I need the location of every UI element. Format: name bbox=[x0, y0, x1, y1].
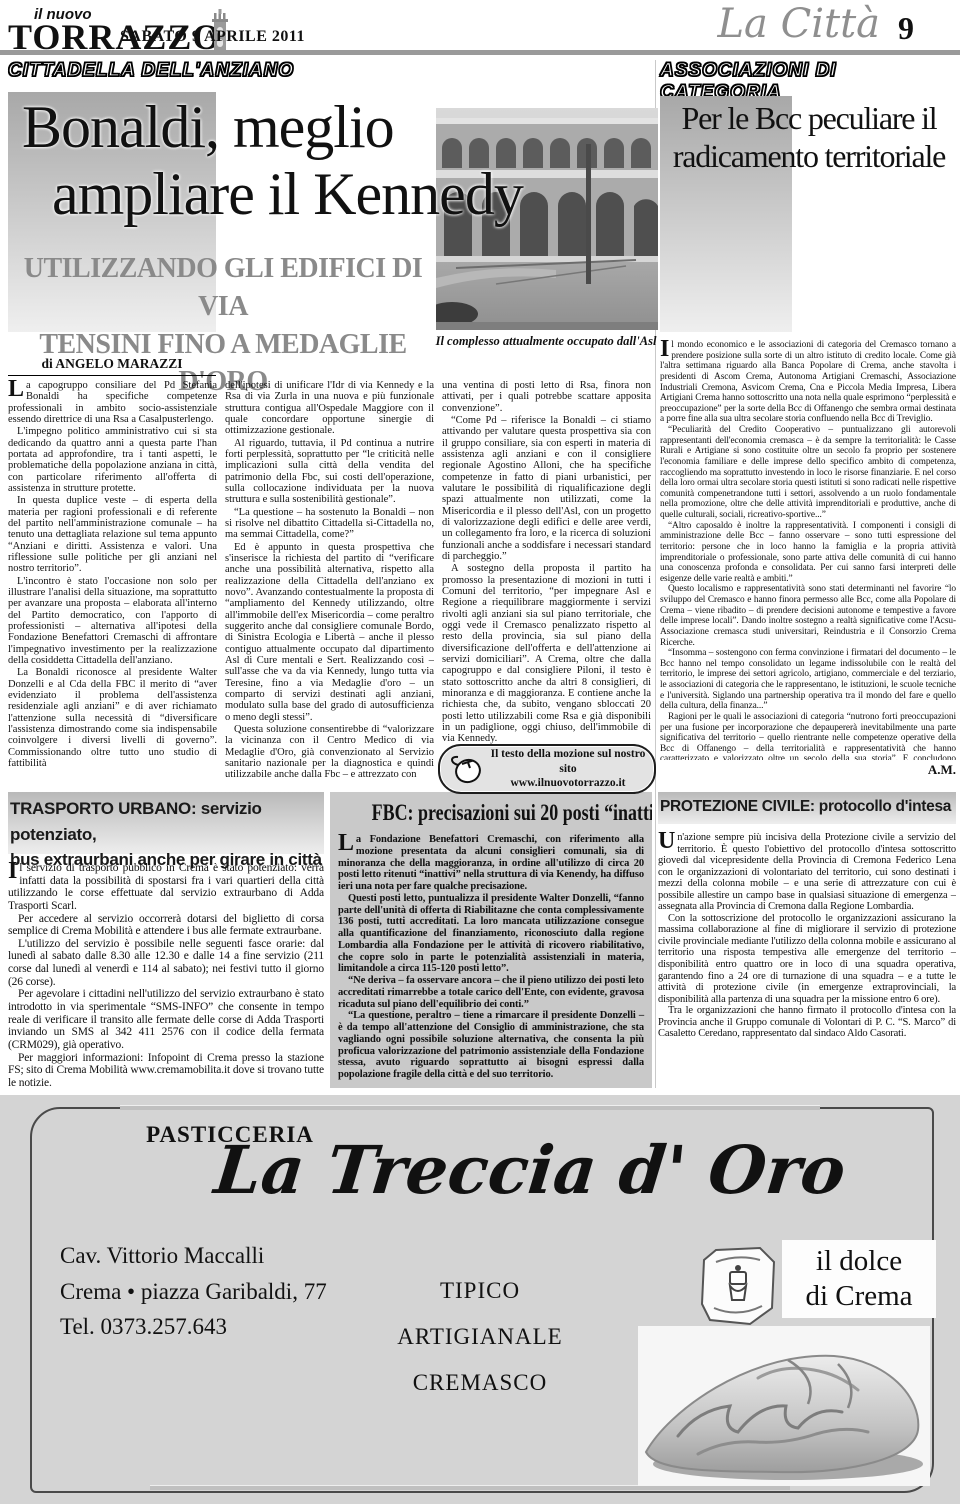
paragraph: “Insomma – sostengono con ferma convinzi… bbox=[660, 648, 956, 712]
paragraph: La capogruppo consiliare del Pd Stefania… bbox=[8, 380, 217, 425]
mozione-box: Il testo della mozione sul nostro sito w… bbox=[438, 744, 656, 794]
kicker-cittadella: CITTADELLA DELL'ANZIANO bbox=[8, 60, 294, 82]
ad-tagline-line: ARTIGIANALE bbox=[330, 1324, 630, 1350]
ad-contact: Cav. Vittorio Maccalli Crema • piazza Ga… bbox=[60, 1238, 327, 1345]
dolce-di-crema-badge-icon bbox=[700, 1246, 776, 1326]
bcc-headline-line2: radicamento territoriale bbox=[662, 138, 956, 176]
bcc-headline-line1: Per le Bcc peculiare il bbox=[662, 100, 956, 138]
main-subhead: UTILIZZANDO GLI EDIFICI DI VIA TENSINI F… bbox=[8, 250, 438, 401]
fbc-body: La Fondazione Benefattori Cremaschi, con… bbox=[338, 834, 644, 1081]
paragraph: L'impegno politico amministrativo cui si… bbox=[8, 426, 217, 494]
ad-tagline-line: CREMASCO bbox=[330, 1370, 630, 1396]
ad-contact-address: Crema • piazza Garibaldi, 77 bbox=[60, 1274, 327, 1310]
byline: di ANGELO MARAZZI bbox=[8, 356, 216, 376]
paragraph: dell'ipotesi di unificare l'Idr di via K… bbox=[225, 380, 434, 437]
newspaper-page: il nuovo TORRAZZO SABATO 9 APRILE 2011 L… bbox=[0, 0, 960, 1504]
mozione-site-link[interactable]: www.ilnuovotorrazzo.it bbox=[482, 776, 654, 790]
fbc-box: FBC: precisazioni sui 20 posti “inattivi… bbox=[330, 792, 652, 1088]
paragraph: Con la sottoscrizione del protocollo le … bbox=[658, 913, 956, 1005]
subhead-line1: UTILIZZANDO GLI EDIFICI DI VIA bbox=[8, 250, 438, 326]
paragraph: Per maggiori informazioni: Infopoint di … bbox=[8, 1052, 324, 1088]
paragraph: Per agevolare i cittadini nell'utilizzo … bbox=[8, 988, 324, 1051]
page-number: 9 bbox=[898, 10, 914, 47]
paragraph: Questo localismo e rappresentatività son… bbox=[660, 584, 956, 648]
article-column-1: La capogruppo consiliare del Pd Stefania… bbox=[8, 380, 217, 794]
trasporto-headline-line1: TRASPORTO URBANO: servizio potenziato, bbox=[10, 796, 322, 847]
article-column-2: dell'ipotesi di unificare l'Idr di via K… bbox=[225, 380, 434, 794]
ad-contact-phone: Tel. 0373.257.643 bbox=[60, 1309, 327, 1345]
paragraph: Il servizio di trasporto pubblico in Cre… bbox=[8, 862, 324, 913]
paragraph: In questa duplice veste – di esperta del… bbox=[8, 495, 217, 574]
paragraph: Ragioni per le quali le associazioni di … bbox=[660, 712, 956, 760]
photo-caption: Il complesso attualmente occupato dall'A… bbox=[430, 334, 662, 349]
trasporto-headline: TRASPORTO URBANO: servizio potenziato, b… bbox=[8, 792, 324, 854]
bcc-headline: Per le Bcc peculiare il radicamento terr… bbox=[662, 100, 956, 176]
main-headline-line2: ampliare il Kennedy bbox=[52, 161, 662, 228]
paragraph: Questa soluzione consentirebbe di “valor… bbox=[225, 724, 434, 781]
main-headline: Bonaldi, meglio ampliare il Kennedy bbox=[22, 94, 662, 228]
paragraph: La Fondazione Benefattori Cremaschi, con… bbox=[338, 834, 644, 893]
article-column-3: una ventina di posti letto di Rsa, finor… bbox=[442, 380, 651, 794]
masthead-rule bbox=[0, 50, 960, 55]
issue-date: SABATO 9 APRILE 2011 bbox=[120, 28, 305, 46]
ad-brand-name: La Treccia d' Oro bbox=[210, 1128, 779, 1214]
logo-line2: di Crema bbox=[784, 1279, 934, 1314]
article-columns: La capogruppo consiliare del Pd Stefania… bbox=[8, 380, 652, 794]
fbc-headline: FBC: precisazioni sui 20 posti “inattivi… bbox=[372, 800, 611, 826]
paragraph: “Peculiarità del Credito Cooperativo – p… bbox=[660, 425, 956, 521]
bcc-signature: A.M. bbox=[660, 762, 956, 778]
bcc-body: Il mondo economico e le associazioni di … bbox=[660, 340, 956, 760]
ad-border-accent-top bbox=[120, 1105, 820, 1110]
section-name: La Città bbox=[650, 2, 880, 46]
paragraph: L'incontro è stato l'occasione non solo … bbox=[8, 576, 217, 667]
trasporto-body: Il servizio di trasporto pubblico in Cre… bbox=[8, 862, 324, 1088]
paragraph: “La questione, peraltro – tiene a rimarc… bbox=[338, 1010, 644, 1081]
pastry-photo bbox=[638, 1326, 930, 1486]
paragraph: “La questione – ha sostenuto la Bonaldi … bbox=[225, 507, 434, 541]
paragraph: Per accedere al servizio occorrerà dotar… bbox=[8, 913, 324, 938]
paragraph: Tra le organizzazioni che hanno firmato … bbox=[658, 1005, 956, 1040]
protezione-body: Un'azione sempre più incisiva della Prot… bbox=[658, 832, 956, 1088]
paragraph: Ed è appunto in questa prospettiva che s… bbox=[225, 542, 434, 723]
mouse-icon bbox=[448, 753, 482, 785]
main-headline-line1: Bonaldi, meglio bbox=[22, 94, 662, 161]
paragraph: Un'azione sempre più incisiva della Prot… bbox=[658, 832, 956, 913]
paragraph: Al riguardo, tuttavia, il Pd continua a … bbox=[225, 438, 434, 506]
dolce-di-crema-logo: il dolce di Crema bbox=[782, 1240, 936, 1318]
paragraph: Questi posti letto, puntualizza il presi… bbox=[338, 893, 644, 975]
paragraph: Il mondo economico e le associazioni di … bbox=[660, 340, 956, 425]
logo-line1: il dolce bbox=[784, 1244, 934, 1279]
mozione-line1: Il testo della mozione sul nostro sito bbox=[482, 747, 654, 776]
mozione-text: Il testo della mozione sul nostro sito w… bbox=[482, 747, 654, 790]
paragraph: “Come Pd – riferisce la Bonaldi – ci sti… bbox=[442, 415, 651, 562]
paragraph: A sostegno della proposta il partito ha … bbox=[442, 563, 651, 744]
ad-contact-name: Cav. Vittorio Maccalli bbox=[60, 1238, 327, 1274]
paragraph: una ventina di posti letto di Rsa, finor… bbox=[442, 380, 651, 414]
paragraph: La Bonaldi riconosce al presidente Walte… bbox=[8, 667, 217, 769]
ad-tagline: TIPICOARTIGIANALECREMASCO bbox=[330, 1278, 630, 1416]
ad-tagline-line: TIPICO bbox=[330, 1278, 630, 1304]
paragraph: “Altro caposaldo è inoltre la rappresent… bbox=[660, 521, 956, 585]
paragraph: L'utilizzo del servizio è possibile nell… bbox=[8, 938, 324, 989]
protezione-headline: PROTEZIONE CIVILE: protocollo d'intesa bbox=[658, 792, 956, 824]
paragraph: “Ne deriva – fa osservare ancora – che i… bbox=[338, 975, 644, 1010]
